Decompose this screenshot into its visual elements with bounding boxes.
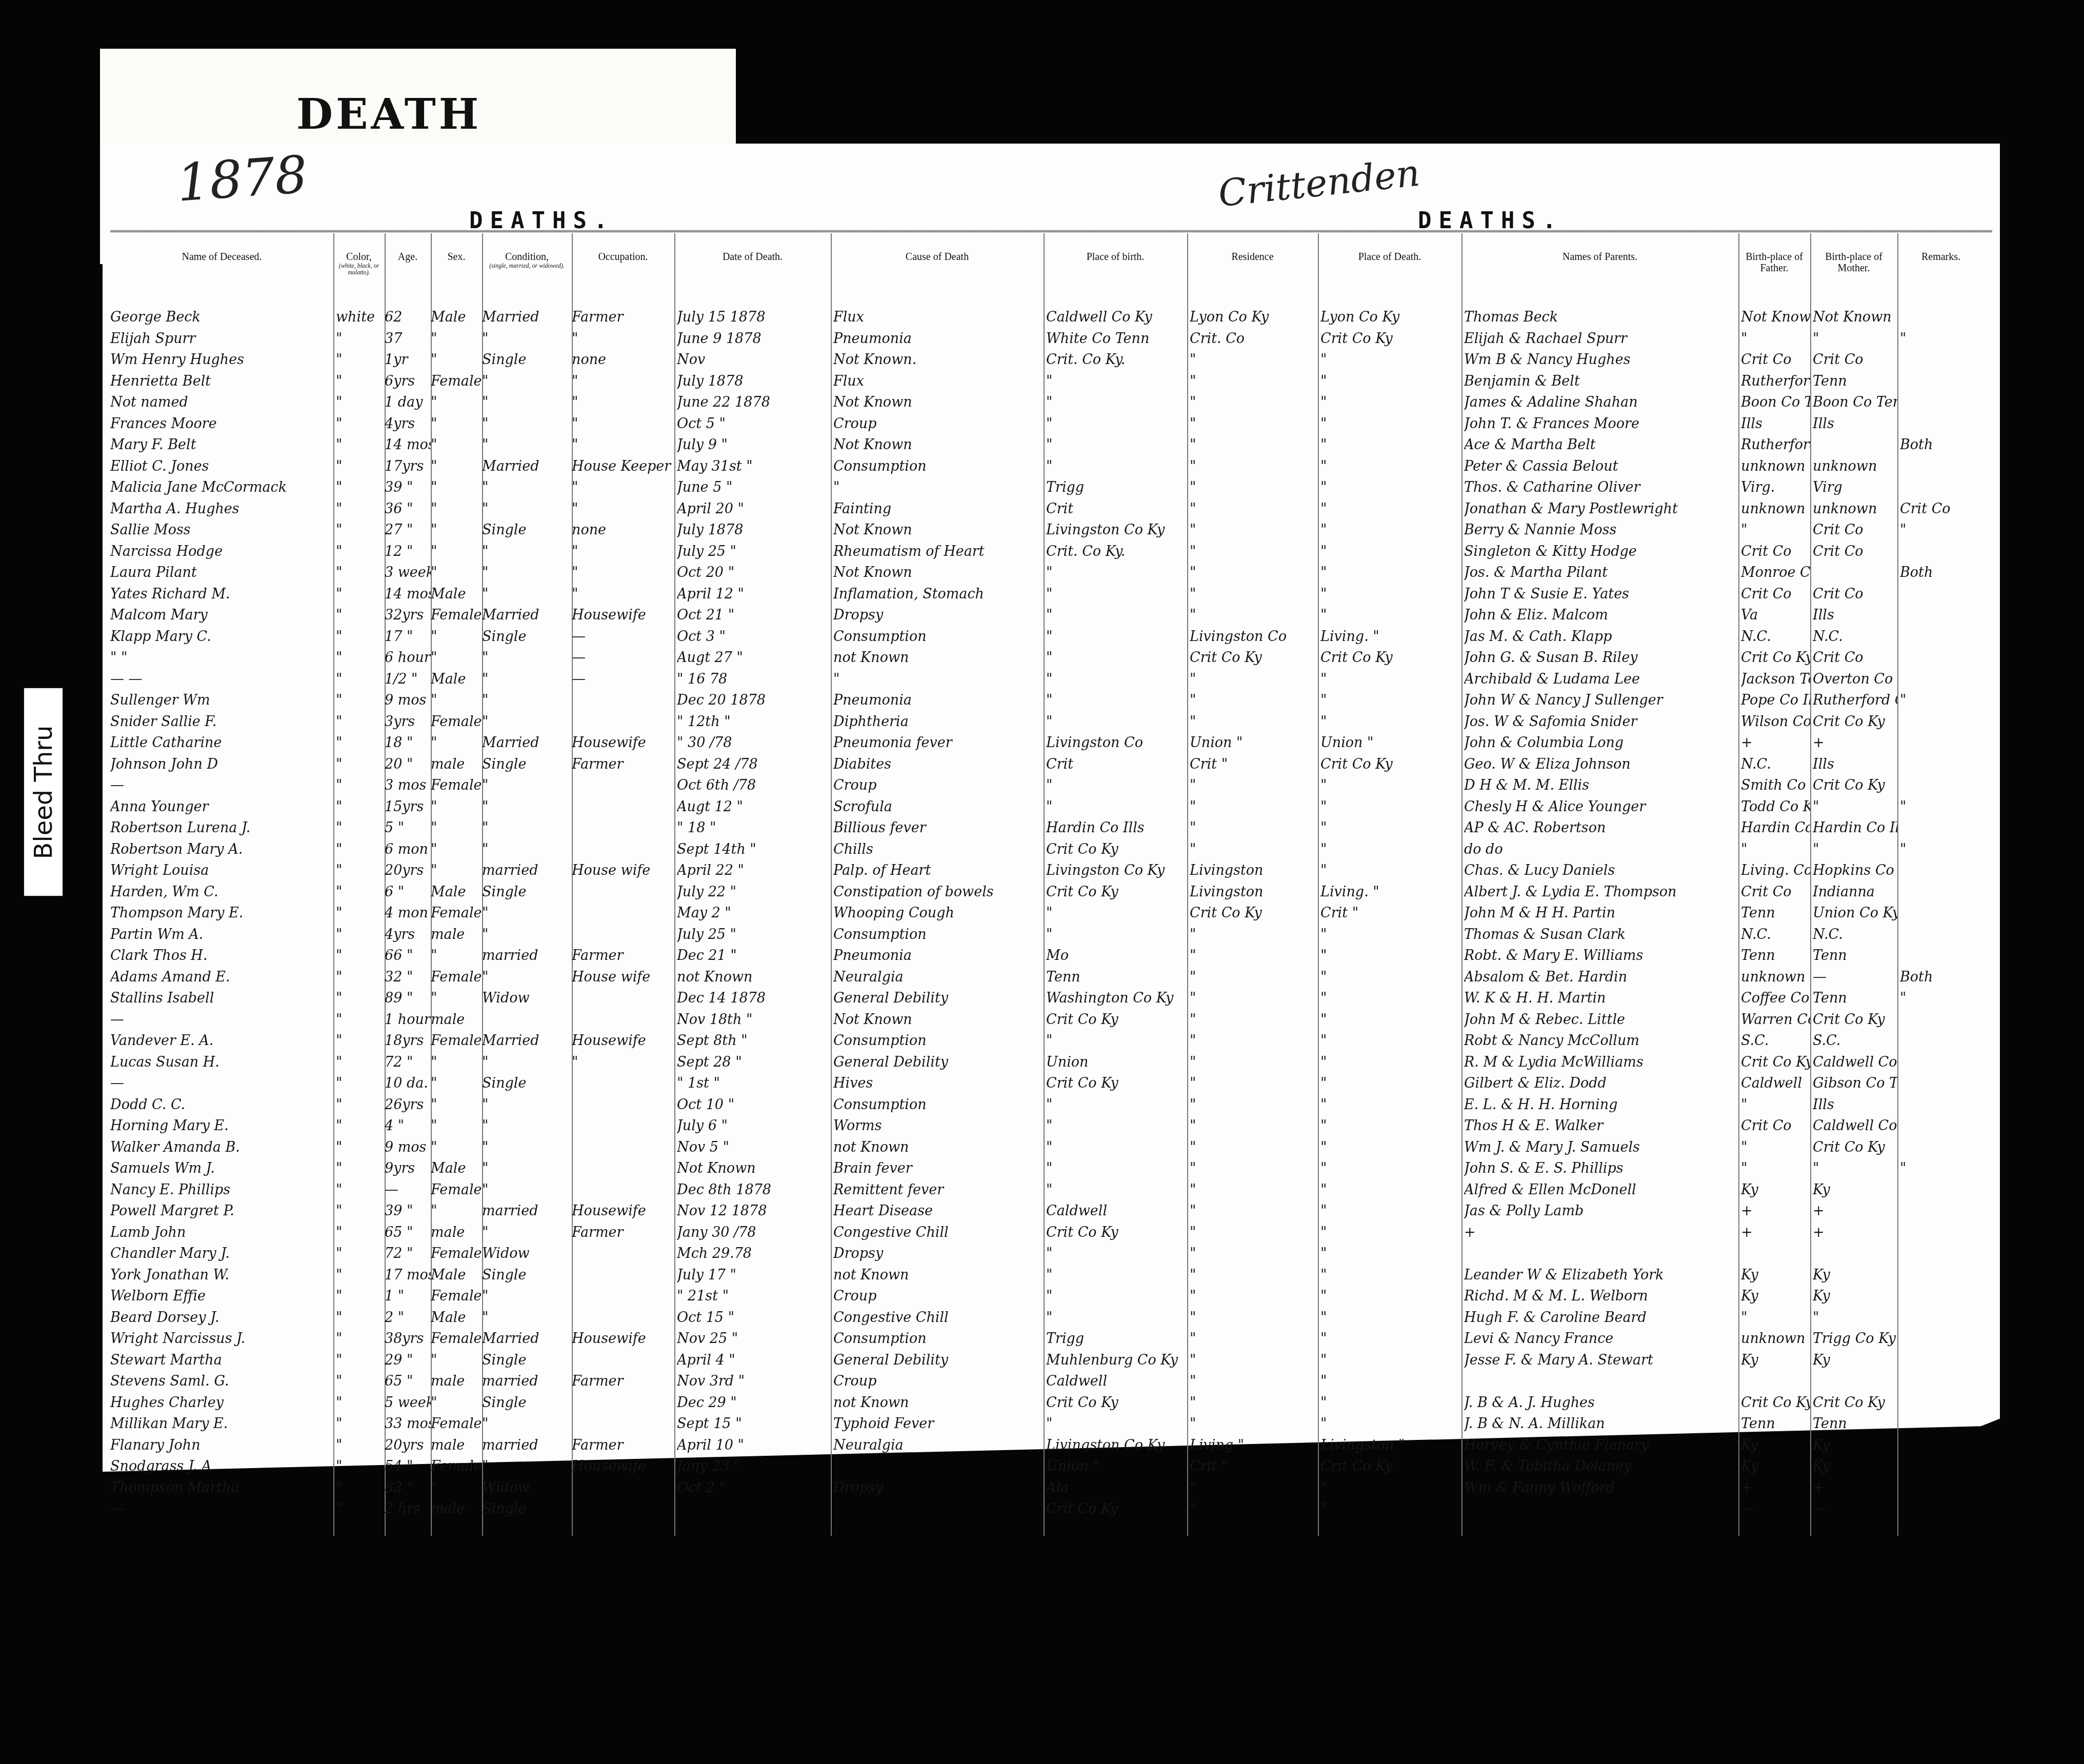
cell-birthplace: " [1046,626,1187,648]
cell-bp-mother: Crit Co [1813,584,1897,605]
cell-remarks [1900,1009,1987,1031]
cell-cause: Neuralgia [833,967,1044,988]
cell-bp-mother: Crit Co Ky [1813,775,1897,796]
cell-color: " [336,1200,385,1222]
cell-parents: R. M & Lydia McWilliams [1464,1052,1738,1073]
cell-condition: " [482,1413,569,1435]
cell-color: " [336,498,385,520]
cell-remarks [1900,1477,1987,1499]
cell-occupation [572,1392,674,1414]
cell-residence: " [1190,477,1318,498]
cell-sex: " [431,796,482,818]
cell-condition: married [482,1371,569,1392]
cell-date: Dec 21 " [677,945,831,967]
cell-place-of-death: " [1320,1307,1461,1329]
cell-date: July 25 " [677,541,831,563]
cell-bp-mother: Crit Co [1813,541,1897,563]
cell-age: 65 " [385,1222,431,1244]
table-row: Malicia Jane McCormack"39 """"June 5 ""T… [110,477,1992,498]
cell-remarks [1900,903,1987,924]
cell-date: " 21st " [677,1286,831,1307]
cell-cause: Pneumonia [833,945,1044,967]
cell-color: " [336,605,385,626]
cell-birthplace: " [1046,584,1187,605]
cell-bp-mother: Crit Co Ky [1813,1009,1897,1031]
cell-place-of-death: " [1320,1286,1461,1307]
cell-bp-mother: Ills [1813,754,1897,775]
cell-sex: " [431,839,482,860]
cell-parents: John G. & Susan B. Riley [1464,647,1738,669]
cell-cause: Inflamation, Stomach [833,584,1044,605]
cell-age: 54 " [385,1456,431,1477]
cell-birthplace: Crit [1046,754,1187,775]
cell-parents: Elijah & Rachael Spurr [1464,328,1738,350]
table-row: Robertson Lurena J."5 """" 18 "Billious … [110,817,1992,839]
cell-residence: " [1190,1413,1318,1435]
cell-condition: " [482,967,569,988]
cell-cause: Croup [833,1371,1044,1392]
cell-sex: " [431,434,482,456]
cell-birthplace: Crit Co Ky [1046,881,1187,903]
cell-date: Augt 27 " [677,647,831,669]
cell-remarks: " [1900,519,1987,541]
cell-condition: Married [482,307,569,328]
cell-bp-mother: N.C. [1813,626,1897,648]
cell-condition: " [482,371,569,392]
cell-residence: " [1190,1243,1318,1265]
cell-age: 6 hours [385,647,431,669]
cell-birthplace: " [1046,775,1187,796]
cell-place-of-death: " [1320,349,1461,371]
cell-color: " [336,1413,385,1435]
table-row: Stallins Isabell"89 ""WidowDec 14 1878Ge… [110,988,1992,1009]
cell-bp-father: Coffee Co Tenn [1741,988,1810,1009]
cell-age: 14 mos [385,584,431,605]
cell-place-of-death: " [1320,711,1461,733]
cell-date: Oct 2 " [677,1477,831,1499]
cell-remarks [1900,477,1987,498]
cell-bp-father: Ills [1741,413,1810,435]
cell-sex: Male [431,1307,482,1329]
cell-parents: Wm B & Nancy Hughes [1464,349,1738,371]
cell-age: 9 mos [385,690,431,711]
cell-occupation [572,1137,674,1158]
cell-birthplace: Union [1046,1052,1187,1073]
cell-condition: " [482,541,569,563]
table-row: Adams Amand E."32 "Female"House wifenot … [110,967,1992,988]
table-row: — —"1/2 "Male"—" 16 78""""Archibald & Lu… [110,669,1992,690]
column-header-place-of-death: Place of Death. [1318,251,1461,263]
cell-place-of-death: " [1320,434,1461,456]
cell-occupation: " [572,1052,674,1073]
cell-age: 18 " [385,732,431,754]
cell-date: Jany 30 /78 [677,1222,831,1244]
cell-parents: W. K & H. H. Martin [1464,988,1738,1009]
cell-residence: " [1190,371,1318,392]
column-header-cause: Cause of Death [831,251,1044,263]
cell-cause: Croup [833,1286,1044,1307]
table-row: Dodd C. C."26yrs""Oct 10 "Consumption"""… [110,1094,1992,1116]
cell-place-of-death: " [1320,924,1461,946]
cell-bp-father: Tenn [1741,1413,1810,1435]
cell-age: 83 " [385,1477,431,1499]
cell-parents: Ace & Martha Belt [1464,434,1738,456]
cell-occupation [572,1009,674,1031]
cell-birthplace: Trigg [1046,1328,1187,1350]
cell-bp-mother: Ills [1813,605,1897,626]
cell-parents: Peter & Cassia Belout [1464,456,1738,477]
cell-sex: " [431,1392,482,1414]
table-row: Beard Dorsey J."2 "Male"Oct 15 "Congesti… [110,1307,1992,1329]
cell-residence: " [1190,945,1318,967]
cell-condition: Married [482,1328,569,1350]
cell-condition: " [482,498,569,520]
cell-cause: Consumption [833,1328,1044,1350]
cell-residence: " [1190,775,1318,796]
cell-cause: Brain fever [833,1158,1044,1179]
cell-residence: Crit Co Ky [1190,903,1318,924]
cell-name: Henrietta Belt [110,371,333,392]
cell-remarks [1900,1243,1987,1265]
cell-sex: Male [431,881,482,903]
cell-occupation: Farmer [572,1371,674,1392]
column-header-condition: Condition,(single, married, or widowed). [482,251,572,269]
cell-condition: Married [482,1030,569,1052]
cell-parents: Thomas & Susan Clark [1464,924,1738,946]
cell-bp-father: S.C. [1741,1030,1810,1052]
table-row: —"1 hourmaleNov 18th "Not KnownCrit Co K… [110,1009,1992,1031]
cell-age: 65 " [385,1371,431,1392]
cell-age: 26yrs [385,1094,431,1116]
cell-sex: Female [431,711,482,733]
cell-condition: " [482,711,569,733]
cell-birthplace: Crit Co Ky [1046,1498,1187,1520]
cell-color: " [336,1371,385,1392]
cell-cause: Diabites [833,754,1044,775]
cell-name: Adams Amand E. [110,967,333,988]
cell-place-of-death: " [1320,1179,1461,1201]
cell-name: Little Catharine [110,732,333,754]
cell-remarks: " [1900,328,1987,350]
cell-cause: Not Known [833,562,1044,584]
cell-cause: Typhoid Fever [833,1413,1044,1435]
cell-place-of-death: " [1320,1392,1461,1414]
cell-color: " [336,328,385,350]
cell-remarks [1900,584,1987,605]
cell-parents [1464,1371,1738,1392]
table-row: Welborn Effie"1 "Female"" 21st "Croup"""… [110,1286,1992,1307]
cell-name: Hughes Charley [110,1392,333,1414]
cell-remarks [1900,1030,1987,1052]
cell-age: 3yrs [385,711,431,733]
cell-age: 1/2 " [385,669,431,690]
cell-remarks [1900,1052,1987,1073]
cell-date: July 1878 [677,519,831,541]
cell-name: Samuels Wm J. [110,1158,333,1179]
cell-date: April 12 " [677,584,831,605]
cell-remarks [1900,860,1987,881]
cell-birthplace: Crit Co Ky [1046,1009,1187,1031]
cell-bp-father: N.C. [1741,754,1810,775]
column-header-name: Name of Deceased. [110,251,333,263]
cell-condition: Single [482,1498,569,1520]
cell-occupation [572,775,674,796]
cell-parents: Gilbert & Eliz. Dodd [1464,1073,1738,1094]
cell-place-of-death: " [1320,562,1461,584]
table-row: Elliot C. Jones"17yrs"MarriedHouse Keepe… [110,456,1992,477]
cell-sex: male [431,1009,482,1031]
cell-occupation: Housewife [572,1030,674,1052]
cell-color: " [336,371,385,392]
cell-cause: not Known [833,1392,1044,1414]
cell-age: 14 mos [385,434,431,456]
cell-sex: Female [431,1179,482,1201]
table-row: Elijah Spurr"37"""June 9 1878PneumoniaWh… [110,328,1992,350]
cell-color: " [336,881,385,903]
column-header-label: Remarks. [1921,251,1960,263]
cell-bp-father: Crit Co Ky [1741,1052,1810,1073]
cell-date: May 2 " [677,903,831,924]
cell-condition: " [482,817,569,839]
table-row: Lamb John"65 "male"FarmerJany 30 /78Cong… [110,1222,1992,1244]
cell-occupation: House Keeper [572,456,674,477]
cell-cause: not Known [833,1137,1044,1158]
cell-date: July 9 " [677,434,831,456]
cell-bp-father: unknown [1741,1328,1810,1350]
cell-parents: Thos H & E. Walker [1464,1115,1738,1137]
cell-birthplace: Crit. Co Ky. [1046,349,1187,371]
cell-birthplace: Washington Co Ky [1046,988,1187,1009]
cell-condition: " [482,1094,569,1116]
cell-bp-mother: Ills [1813,413,1897,435]
cell-residence: " [1190,690,1318,711]
cell-residence: " [1190,349,1318,371]
cell-parents [1464,1243,1738,1265]
cell-color: " [336,1030,385,1052]
cell-place-of-death: " [1320,1371,1461,1392]
cell-place-of-death: " [1320,1265,1461,1286]
cell-parents: John W & Nancy J Sullenger [1464,690,1738,711]
cell-remarks: Both [1900,562,1987,584]
cell-age: 17 " [385,626,431,648]
cell-place-of-death: Living. " [1320,626,1461,648]
cell-birthplace: Crit. Co Ky. [1046,541,1187,563]
cell-bp-father: " [1741,328,1810,350]
cell-name: Stevens Saml. G. [110,1371,333,1392]
cell-condition: " [482,839,569,860]
cell-remarks [1900,1115,1987,1137]
table-row: Sullenger Wm"9 mos""Dec 20 1878Pneumonia… [110,690,1992,711]
cell-name: Thompson Mary E. [110,903,333,924]
cell-residence: Union " [1190,732,1318,754]
cell-name: Stallins Isabell [110,988,333,1009]
cell-parents: Geo. W & Eliza Johnson [1464,754,1738,775]
cell-age: 12 " [385,541,431,563]
cell-residence: " [1190,1286,1318,1307]
cell-date: Nov 12 1878 [677,1200,831,1222]
cell-residence: " [1190,967,1318,988]
cell-residence: Lyon Co Ky [1190,307,1318,328]
cell-occupation: Housewife [572,1328,674,1350]
cell-color: " [336,456,385,477]
cell-place-of-death: " [1320,456,1461,477]
table-row: Stevens Saml. G."65 "malemarriedFarmerNo… [110,1371,1992,1392]
cell-age: 18yrs [385,1030,431,1052]
column-header-label: Age. [398,251,417,263]
cell-remarks [1900,349,1987,371]
cell-bp-mother: Caldwell Co Ky [1813,1115,1897,1137]
table-row: " ""6 hours""—Augt 27 "not Known"Crit Co… [110,647,1992,669]
cell-bp-father: unknown [1741,456,1810,477]
cell-remarks [1900,945,1987,967]
cell-condition: " [482,903,569,924]
cell-occupation: none [572,349,674,371]
cell-bp-father: Not Known [1741,307,1810,328]
cell-bp-father: Rutherford Co Tenn [1741,371,1810,392]
cell-cause: Consumption [833,456,1044,477]
cell-bp-father: Crit Co [1741,881,1810,903]
cell-place-of-death: " [1320,1200,1461,1222]
table-row: Yates Richard M."14 mosMale""April 12 "I… [110,584,1992,605]
cell-parents: Jonathan & Mary Postlewright [1464,498,1738,520]
cell-bp-father: Pope Co Ills [1741,690,1810,711]
cell-cause: Whooping Cough [833,903,1044,924]
cell-parents: Chas. & Lucy Daniels [1464,860,1738,881]
cell-birthplace: Crit Co Ky [1046,1222,1187,1244]
cell-date: Sept 24 /78 [677,754,831,775]
cell-bp-mother: Tenn [1813,988,1897,1009]
cell-occupation: Farmer [572,1222,674,1244]
cell-parents: E. L. & H. H. Horning [1464,1094,1738,1116]
cell-color: " [336,1286,385,1307]
cell-cause: Rheumatism of Heart [833,541,1044,563]
cell-sex: Female [431,903,482,924]
cell-age: 39 " [385,1200,431,1222]
cell-residence: " [1190,392,1318,413]
cell-occupation [572,1243,674,1265]
cell-color: " [336,392,385,413]
cell-age: 4yrs [385,924,431,946]
cell-occupation: Farmer [572,945,674,967]
cell-name: Lamb John [110,1222,333,1244]
column-header-label: Name of Deceased. [182,251,262,263]
cell-remarks [1900,392,1987,413]
cell-birthplace: Tenn [1046,967,1187,988]
cell-bp-mother: Hopkins Co Ky [1813,860,1897,881]
cell-bp-mother: " [1813,839,1897,860]
cell-residence: " [1190,1392,1318,1414]
cell-remarks [1900,1179,1987,1201]
cell-cause: Consumption [833,626,1044,648]
cell-date: " 12th " [677,711,831,733]
cell-condition: " [482,1456,569,1477]
cell-color: " [336,1265,385,1286]
column-header-label: Residence [1231,251,1273,263]
cell-name: Wright Louisa [110,860,333,881]
cell-bp-mother: + [1813,732,1897,754]
cell-age: 5 weeks [385,1392,431,1414]
register-year: 1878 [175,144,309,213]
cell-sex: Female [431,371,482,392]
table-row: Frances Moore"4yrs"""Oct 5 "Croup"""John… [110,413,1992,435]
cell-sex: " [431,860,482,881]
cell-bp-father: " [1741,1158,1810,1179]
cell-condition [482,1009,569,1031]
cell-occupation: Housewife [572,732,674,754]
cell-age: 17yrs [385,456,431,477]
cell-age: 6yrs [385,371,431,392]
cell-color: " [336,839,385,860]
cell-date: July 17 " [677,1265,831,1286]
cell-cause: Hives [833,1073,1044,1094]
cell-parents: John S. & E. S. Phillips [1464,1158,1738,1179]
cell-condition: Single [482,1073,569,1094]
cell-name: Martha A. Hughes [110,498,333,520]
cell-condition: Single [482,519,569,541]
cell-age: 33 mos [385,1413,431,1435]
cell-cause: Flux [833,371,1044,392]
cell-color: white [336,307,385,328]
column-header-bp-father: Birth-place of Father. [1738,251,1810,274]
cell-bp-mother [1813,434,1897,456]
cell-parents: Thomas Beck [1464,307,1738,328]
cell-bp-mother: " [1813,1158,1897,1179]
cell-parents: Levi & Nancy France [1464,1328,1738,1350]
cell-birthplace: Livingston Co Ky [1046,1435,1187,1456]
cell-place-of-death: " [1320,860,1461,881]
cell-remarks [1900,647,1987,669]
cell-birthplace: " [1046,392,1187,413]
cell-color: " [336,732,385,754]
cell-sex: Female [431,1030,482,1052]
cell-sex: " [431,541,482,563]
cell-color: " [336,1052,385,1073]
cell-birthplace: Livingston Co [1046,732,1187,754]
cell-residence: Living " [1190,1435,1318,1456]
cell-birthplace: " [1046,1413,1187,1435]
cell-bp-father: Rutherford Co Tenn [1741,434,1810,456]
table-row: Stewart Martha"29 ""SingleApril 4 "Gener… [110,1350,1992,1371]
cell-date: Oct 20 " [677,562,831,584]
cell-parents: John & Columbia Long [1464,732,1738,754]
cell-date: Oct 5 " [677,413,831,435]
cell-birthplace: Crit Co Ky [1046,1073,1187,1094]
cell-bp-mother [1813,562,1897,584]
table-row: Flanary John"20yrsmalemarriedFarmerApril… [110,1435,1992,1456]
cell-residence: Livingston [1190,860,1318,881]
cell-color: " [336,562,385,584]
table-row: Martha A. Hughes"36 """"April 20 "Fainti… [110,498,1992,520]
cell-name: Partin Wm A. [110,924,333,946]
cell-cause: Not Known [833,1009,1044,1031]
cell-name: Wm Henry Hughes [110,349,333,371]
cell-bp-father: Tenn [1741,903,1810,924]
cell-color: " [336,1328,385,1350]
cell-residence: " [1190,1179,1318,1201]
cell-sex: Male [431,307,482,328]
cell-date: July 6 " [677,1115,831,1137]
cell-remarks [1900,1456,1987,1477]
cell-condition: married [482,1435,569,1456]
cell-cause: Fainting [833,498,1044,520]
cell-parents: Robt. & Mary E. Williams [1464,945,1738,967]
cell-date: April 20 " [677,498,831,520]
cell-birthplace: Caldwell [1046,1371,1187,1392]
cell-name: Robertson Lurena J. [110,817,333,839]
cell-remarks: " [1900,1158,1987,1179]
cell-date: " 1st " [677,1073,831,1094]
cell-date: Dec 29 " [677,1392,831,1414]
